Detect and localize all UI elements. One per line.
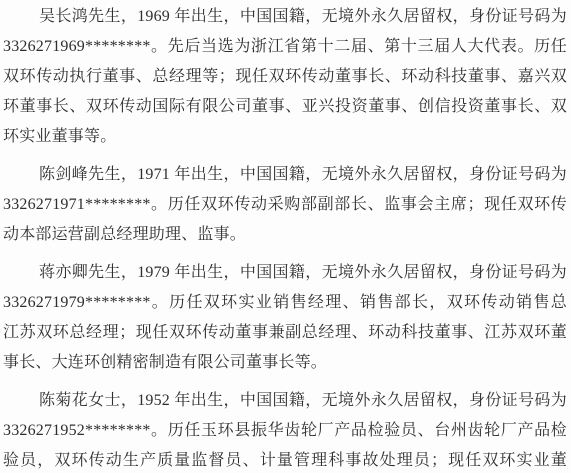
- text-line: 环实业董事等。: [3, 122, 567, 152]
- text-line: 环董事长、双环传动国际有限公司董事、亚兴投资董事、创信投资董事长、双: [3, 92, 567, 122]
- document-page: 吴长鸿先生，1969 年出生，中国国籍，无境外永久居留权，身份证号码为 3326…: [0, 0, 571, 473]
- text-line: 动本部运营副总经理助理、监事。: [3, 220, 567, 250]
- bio-paragraph-1: 吴长鸿先生，1969 年出生，中国国籍，无境外永久居留权，身份证号码为 3326…: [3, 2, 567, 152]
- text-line: 双环传动执行董事、总经理等；现任双环传动董事长、环动科技董事、嘉兴双: [3, 62, 567, 92]
- text-line: 蒋亦卿先生，1979 年出生，中国国籍，无境外永久居留权，身份证号码为: [3, 258, 567, 288]
- text-line: 陈剑峰先生，1971 年出生，中国国籍，无境外永久居留权，身份证号码为: [3, 160, 567, 190]
- text-line: 吴长鸿先生，1969 年出生，中国国籍，无境外永久居留权，身份证号码为: [3, 2, 567, 32]
- bio-paragraph-2: 陈剑峰先生，1971 年出生，中国国籍，无境外永久居留权，身份证号码为 3326…: [3, 160, 567, 250]
- bio-paragraph-3: 蒋亦卿先生，1979 年出生，中国国籍，无境外永久居留权，身份证号码为 3326…: [3, 258, 567, 378]
- text-line: 3326271979********。历任双环实业销售经理、销售部长，双环传动销…: [3, 288, 567, 318]
- text-line: 3326271969********。先后当选为浙江省第十二届、第十三届人大代表…: [3, 32, 567, 62]
- document-body: { "colors": { "background": "#fdfdfd", "…: [0, 0, 571, 473]
- text-line: 3326271971********。历任双环传动采购部副部长、监事会主席；现任…: [3, 190, 567, 220]
- text-line: 3326271952********。历任玉环县振华齿轮厂产品检验员、台州齿轮厂…: [3, 416, 567, 446]
- text-line: 事长、大连环创精密制造有限公司董事长等。: [3, 348, 567, 378]
- text-line: 陈菊花女士，1952 年出生，中国国籍，无境外永久居留权，身份证号码为: [3, 386, 567, 416]
- bio-paragraph-4: 陈菊花女士，1952 年出生，中国国籍，无境外永久居留权，身份证号码为 3326…: [3, 386, 567, 473]
- text-line: 江苏双环总经理；现任双环传动董事兼副总经理、环动科技董事、江苏双环董: [3, 318, 567, 348]
- text-line: 验员，双环传动生产质量监督员、计量管理科事故处理员；现任双环实业董事。: [3, 446, 567, 473]
